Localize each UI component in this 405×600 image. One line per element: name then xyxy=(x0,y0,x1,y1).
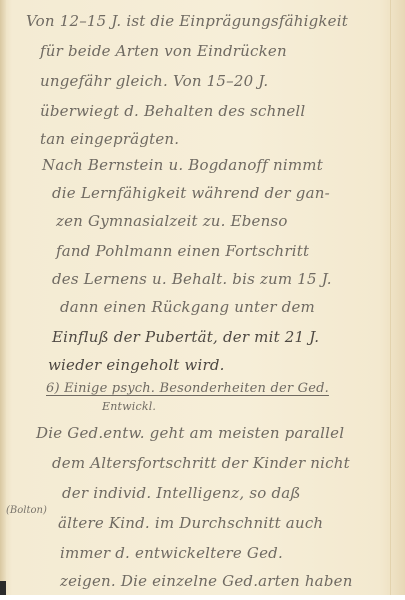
text-line-7: die Lernfähigkeit während der gan- xyxy=(52,184,330,202)
text-line-16: Die Ged.entw. geht am meisten parallel xyxy=(36,424,344,442)
text-line-6: Nach Bernstein u. Bogdanoff nimmt xyxy=(42,156,323,174)
page-corner-shadow xyxy=(0,581,6,595)
text-line-21: zeigen. Die einzelne Ged.arten haben xyxy=(60,572,353,590)
text-line-20: immer d. entwickeltere Ged. xyxy=(60,544,283,562)
text-line-10: des Lernens u. Behalt. bis zum 15 J. xyxy=(52,270,332,288)
text-line-8: zen Gymnasialzeit zu. Ebenso xyxy=(56,212,288,230)
text-line-9: fand Pohlmann einen Fortschritt xyxy=(56,242,309,260)
page-right-edge xyxy=(390,0,405,600)
text-line-11: dann einen Rückgang unter dem xyxy=(60,298,315,316)
text-line-13: wieder eingeholt wird. xyxy=(48,356,225,374)
page-bottom-edge xyxy=(0,595,405,600)
section-heading-continued: Entwickl. xyxy=(102,400,156,413)
text-line-5: tan eingeprägten. xyxy=(40,130,179,148)
text-line-4: überwiegt d. Behalten des schnell xyxy=(40,102,305,120)
text-line-2: für beide Arten von Eindrücken xyxy=(40,42,287,60)
section-heading: 6) Einige psych. Besonderheiten der Ged. xyxy=(46,381,329,396)
margin-note-bolton: (Bolton) xyxy=(6,505,47,516)
text-line-17: dem Altersfortschritt der Kinder nicht xyxy=(52,454,350,472)
text-line-18: der individ. Intelligenz, so daß xyxy=(62,484,301,502)
manuscript-page: Von 12–15 J. ist die Einprägungsfähigkei… xyxy=(0,0,405,600)
text-line-12: Einfluß der Pubertät, der mit 21 J. xyxy=(52,328,319,346)
text-line-1: Von 12–15 J. ist die Einprägungsfähigkei… xyxy=(26,12,348,30)
text-line-3: ungefähr gleich. Von 15–20 J. xyxy=(40,72,268,90)
text-line-19: ältere Kind. im Durchschnitt auch xyxy=(58,514,323,532)
